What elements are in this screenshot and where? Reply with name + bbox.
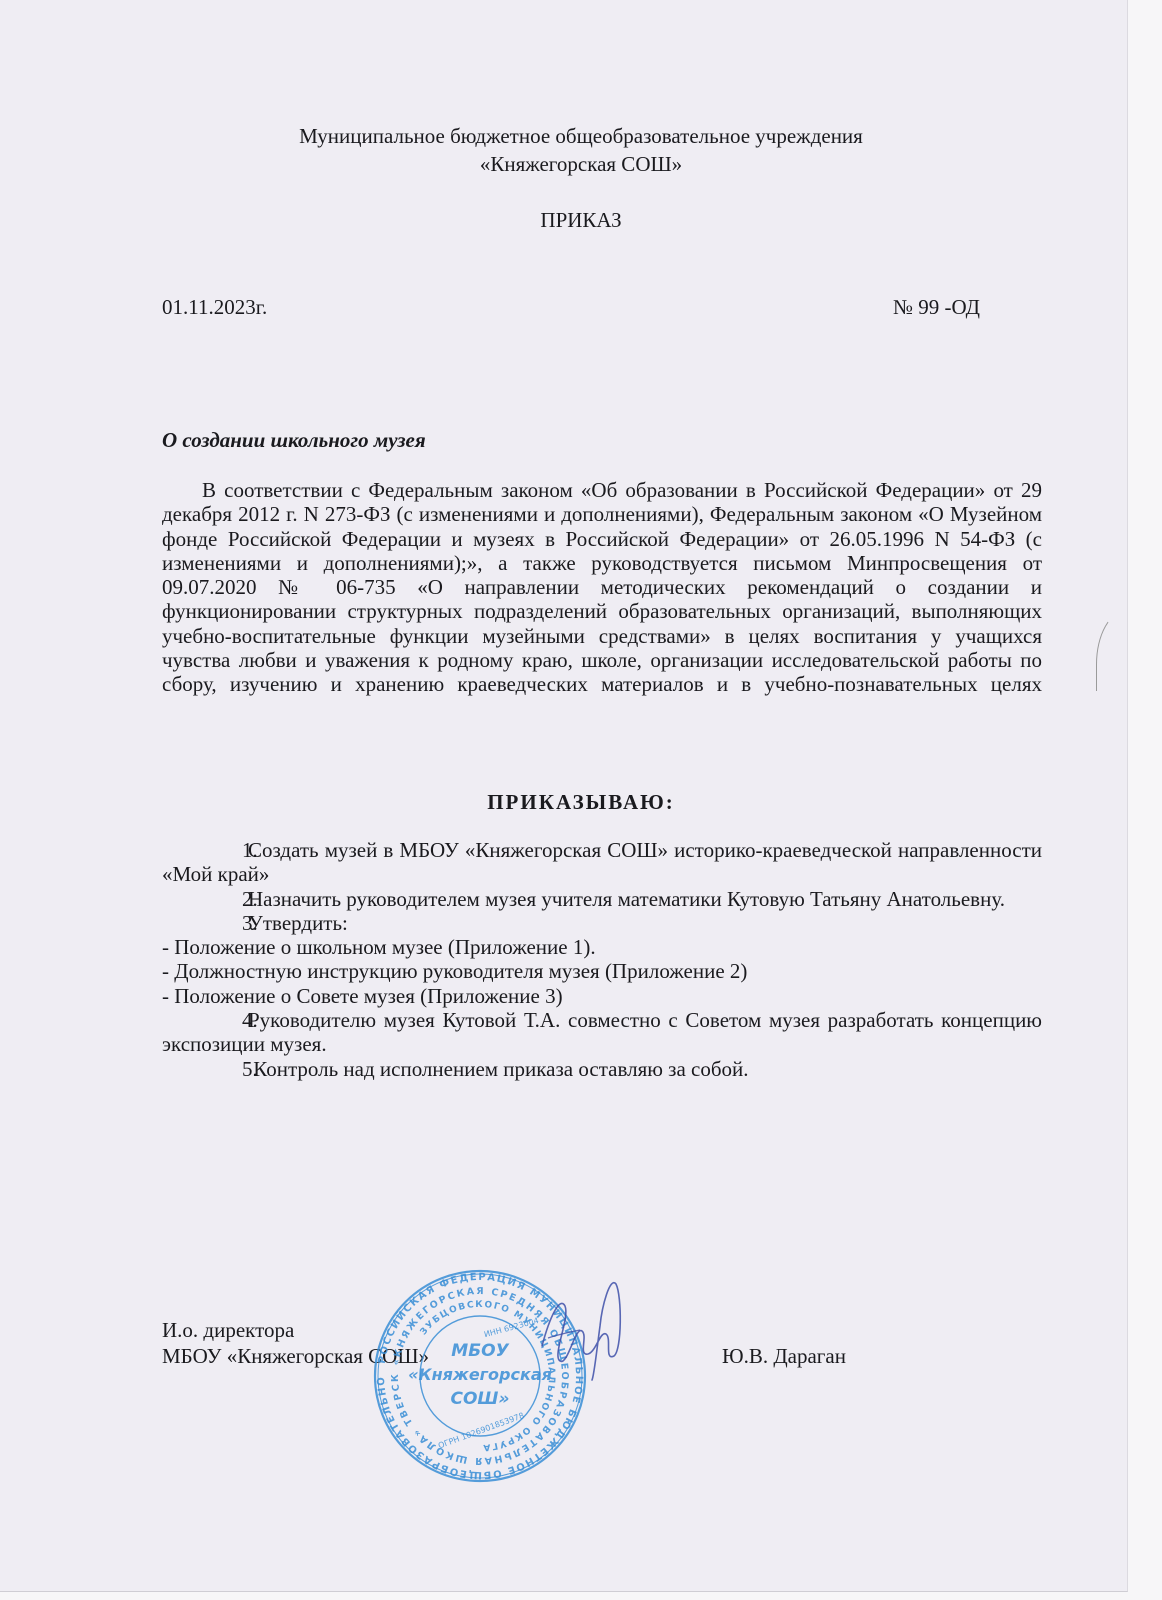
order-subitem-2: - Должностную инструкцию руководителя му… (162, 959, 1042, 983)
order-item-2: 2.Назначить руководителем музея учителя … (162, 887, 1042, 911)
paper-edge-mark (1096, 610, 1127, 691)
signer-name: Ю.В. Дараган (722, 1344, 846, 1369)
order-subitem-3: - Положение о Совете музея (Приложение 3… (162, 984, 1042, 1008)
order-number: № 99 -ОД (893, 295, 980, 320)
org-name-line1: Муниципальное бюджетное общеобразователь… (0, 124, 1162, 149)
order-item-5: 5. Контроль над исполнением приказа оста… (162, 1057, 1042, 1081)
svg-text:МБОУ: МБОУ (451, 1341, 509, 1361)
order-items: 1.Создать музей в МБОУ «Княжегорская СОШ… (162, 838, 1042, 1081)
handwritten-signature-icon (530, 1276, 630, 1386)
preamble: В соответствии с Федеральным законом «Об… (162, 478, 1042, 697)
doc-type: ПРИКАЗ (0, 208, 1162, 233)
order-heading: ПРИКАЗЫВАЮ: (0, 790, 1162, 815)
order-subitem-1: - Положение о школьном музее (Приложение… (162, 935, 1042, 959)
signer-position-line1: И.о. директора (162, 1318, 294, 1343)
order-item-3: 3.Утвердить: (162, 911, 1042, 935)
order-date: 01.11.2023г. (162, 295, 267, 320)
svg-text:СОШ»: СОШ» (451, 1389, 510, 1409)
order-item-1: 1.Создать музей в МБОУ «Княжегорская СОШ… (162, 838, 1042, 887)
org-name-line2: «Княжегорская СОШ» (0, 152, 1162, 177)
preamble-text: В соответствии с Федеральным законом «Об… (162, 478, 1042, 697)
order-item-4: 4.Руководителю музея Кутовой Т.А. совмес… (162, 1008, 1042, 1057)
order-subject: О создании школьного музея (162, 428, 426, 453)
